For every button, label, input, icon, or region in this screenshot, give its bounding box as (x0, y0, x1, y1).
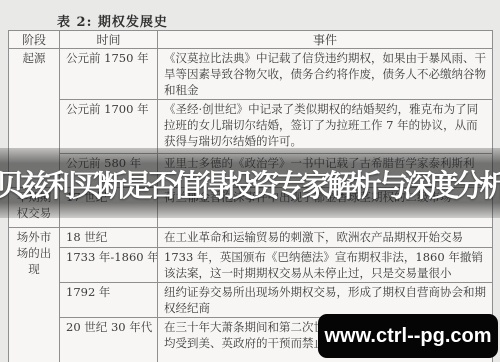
time-cell: 18 世纪 (60, 228, 158, 248)
event-cell: 《汉莫拉比法典》中记载了信贷违约期权，如果由于暴风雨、干旱等因素导致谷物欠收，债… (158, 49, 493, 100)
header-event: 事件 (158, 31, 493, 49)
headline-overlay-band: 贝兹利买断是否值得投资专家解析与深度分析 (0, 148, 500, 218)
time-cell: 公元前 1750 年 (60, 49, 158, 100)
page: 表 2: 期权发展史 阶段 时间 事件 起源 公元前 1750 年 《汉莫拉比法… (0, 0, 500, 362)
event-cell: 在工业革命和运输贸易的刺激下，欧洲农产品期权开始交易 (158, 228, 493, 248)
header-stage: 阶段 (9, 31, 60, 49)
time-cell: 20 世纪 30 年代 (60, 318, 158, 362)
headline-text: 贝兹利买断是否值得投资专家解析与深度分析 (0, 161, 500, 205)
table-row: 1792 年 纽约证券交易所出现场外期权交易，形成了期权自营商协会和期权经纪商 (9, 283, 493, 318)
table-row: 起源 公元前 1750 年 《汉莫拉比法典》中记载了信贷违约期权，如果由于暴风雨… (9, 49, 493, 100)
time-cell: 1792 年 (60, 283, 158, 318)
table-title: 表 2: 期权发展史 (57, 11, 168, 30)
table-row: 公元前 1700 年 《圣经·创世纪》中记录了类似期权的结婚契约，雅克布为了同拉… (9, 100, 493, 154)
table-header-row: 阶段 时间 事件 (9, 31, 493, 49)
stage-cell-otc-market: 场外市场的出现 (9, 228, 60, 362)
watermark-badge: www.ctrl--pg.com (318, 314, 498, 358)
table-row: 1733 年-1860 年 1733 年，英国颁布《巴纳德法》宣布期权非法，18… (9, 248, 493, 283)
watermark-url-text: www.ctrl--pg.com (324, 325, 491, 348)
event-cell: 《圣经·创世纪》中记录了类似期权的结婚契约，雅克布为了同拉班的女儿瑞切尔结婚，签… (158, 100, 493, 154)
time-cell: 公元前 1700 年 (60, 100, 158, 154)
time-cell: 1733 年-1860 年 (60, 248, 158, 283)
table-row: 场外市场的出现 18 世纪 在工业革命和运输贸易的刺激下，欧洲农产品期权开始交易 (9, 228, 493, 248)
event-cell: 1733 年，英国颁布《巴纳德法》宣布期权非法，1860 年撤销该法案，这一时期… (158, 248, 493, 283)
header-time: 时间 (60, 31, 158, 49)
event-cell: 纽约证券交易所出现场外期权交易，形成了期权自营商协会和期权经纪商 (158, 283, 493, 318)
